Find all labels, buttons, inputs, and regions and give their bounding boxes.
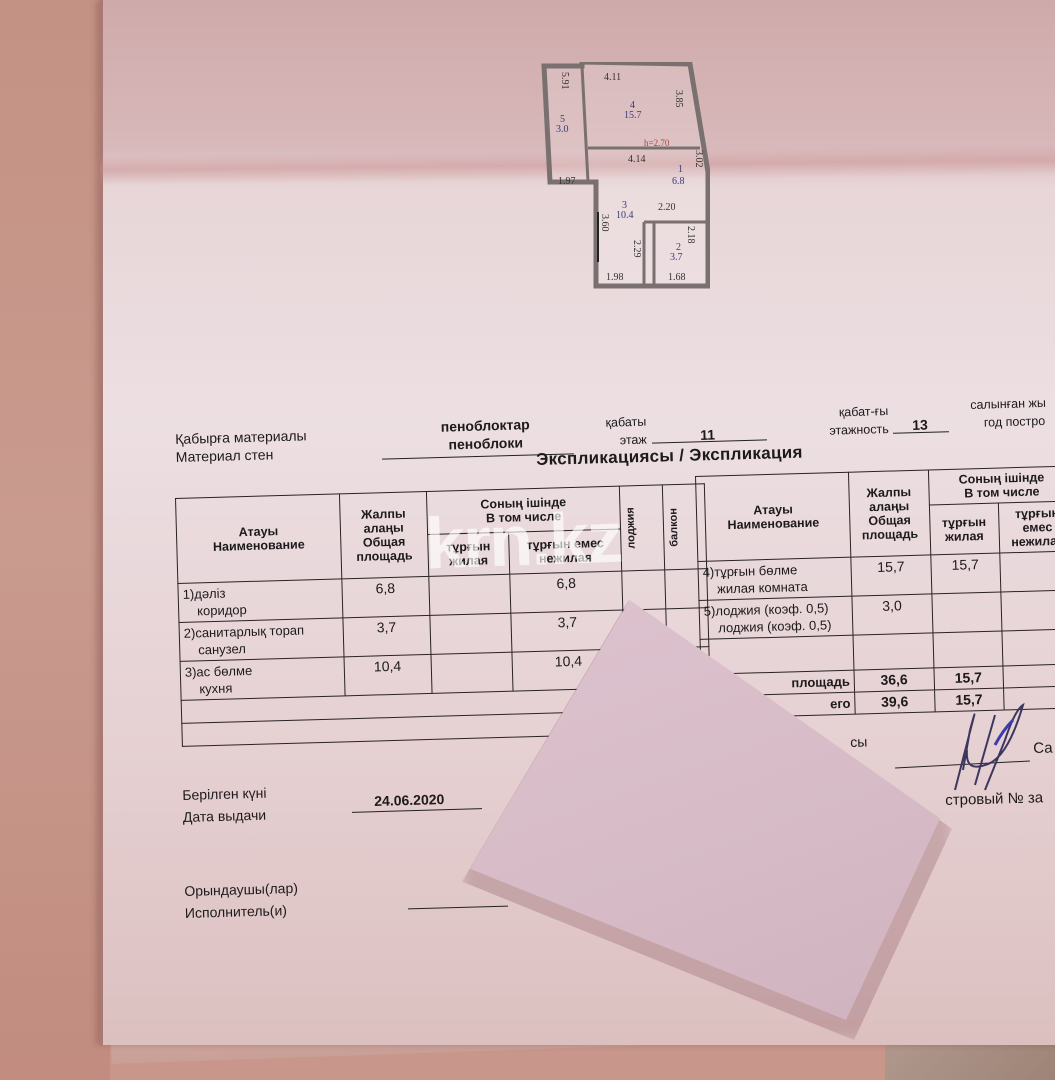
- plan-dim-corridor-width: 2.20: [658, 202, 676, 213]
- executor-label-ru: Исполнитель(и): [185, 899, 299, 924]
- plan-dim-kitchen-width: 1.98: [606, 272, 624, 283]
- empty-cell: [932, 631, 1002, 668]
- col-header-nonliving-kz: тұрғын емес: [1003, 505, 1055, 535]
- empty-cell: [853, 633, 933, 670]
- row-total: 6,8: [342, 576, 430, 617]
- col-header-balcony-text: балкон: [667, 508, 680, 547]
- plan-dim-top: 4.11: [604, 72, 621, 83]
- row-living: [931, 592, 1001, 633]
- row-total: 10,4: [344, 654, 432, 695]
- plan-ceiling-height: h=2.70: [644, 138, 669, 148]
- row-name-ru: кухня: [185, 676, 340, 697]
- row-living: 15,7: [930, 553, 1000, 594]
- col-header-living-kz: тұрғын: [934, 514, 995, 530]
- plan-dim-bath-width: 1.68: [668, 272, 686, 283]
- col-header-total: Жалпы алаңы Общая площадь: [339, 491, 428, 578]
- stamp-label-partial: Са: [1033, 739, 1053, 758]
- row-name-kz: 1)дәліз: [182, 586, 225, 602]
- wall-material-value-kz: пеноблоктар: [430, 415, 540, 436]
- row-nonliving: [999, 551, 1055, 592]
- plan-dim-mid: 4.14: [628, 154, 646, 165]
- row-name-ru: коридор: [183, 598, 338, 619]
- col-header-loggia-text: лоджия: [625, 507, 638, 549]
- plan-room-4-area: 15.7: [624, 110, 642, 121]
- row-name: 3)ас бөлмекухня: [180, 657, 345, 701]
- row-name-kz: 2)санитарлық торап: [184, 622, 305, 640]
- totals-nonliving: [1003, 664, 1055, 688]
- plan-room-5-area: 3.0: [556, 124, 569, 135]
- row-name: 1)дәлізкоридор: [178, 579, 343, 623]
- table-surface: [0, 0, 110, 1080]
- floor-plan: 4.11 3.85 5.91 4 15.7 5 3.0 h=2.70 4.14 …: [540, 62, 710, 290]
- signature-mark: [945, 700, 1025, 800]
- col-header-name: Атауы Наименование: [176, 494, 342, 584]
- row-living: [431, 652, 514, 693]
- plan-dim-loggia-width: 1.97: [558, 176, 576, 187]
- explication-table-right: Атауы Наименование Жалпы алаңы Общая пло…: [695, 465, 1055, 719]
- row-total: 3,0: [852, 594, 932, 635]
- col-header-name-ru: Наименование: [701, 515, 845, 533]
- watermark: krn.kz: [424, 497, 623, 586]
- row-name: 4)тұрғын бөлмежилая комната: [698, 557, 852, 600]
- plan-room-3-area: 10.4: [616, 210, 634, 221]
- floors-total-label-ru: этажность: [819, 420, 889, 440]
- col-header-nonliving-ru: нежилая: [1003, 533, 1055, 549]
- issue-date-label: Берілген күні Дата выдачи: [182, 782, 267, 828]
- col-header-total-ru2: площадь: [855, 527, 926, 543]
- totals-total: 39,6: [855, 690, 935, 714]
- row-name-kz: 4)тұрғын бөлме: [702, 562, 797, 580]
- totals-living: 15,7: [933, 666, 1003, 690]
- empty-cell: [1002, 629, 1055, 666]
- executor-label: Орындаушы(лар) Исполнитель(и): [184, 877, 299, 924]
- col-header-loggia: лоджия: [620, 485, 665, 571]
- signature-label-partial: сы: [850, 733, 868, 751]
- col-header-including-ru: В том числе: [933, 484, 1055, 502]
- col-header-living: тұрғын жилая: [929, 503, 1000, 555]
- col-header-name-ru: Наименование: [181, 537, 336, 555]
- issue-date-label-ru: Дата выдачи: [183, 804, 268, 828]
- row-name-ru: жилая комната: [703, 577, 848, 598]
- plan-dim-kitchen-height: 3.60: [599, 214, 610, 232]
- floors-total-label: қабат-ғы этажность: [818, 402, 889, 440]
- row-name: 5)лоджия (коэф. 0,5)лоджия (коэф. 0,5): [699, 596, 853, 639]
- wall-material-value: пеноблоктар пеноблоки: [430, 415, 541, 454]
- row-name-ru: санузел: [184, 637, 339, 658]
- plan-room-1-number: 1: [678, 164, 683, 175]
- col-header-name: Атауы Наименование: [696, 472, 851, 561]
- row-nonliving: [1001, 590, 1055, 631]
- col-header-nonliving: тұрғын емес нежилая: [998, 501, 1055, 553]
- plan-dim-bath-height: 2.18: [685, 226, 696, 244]
- plan-dim-right: 3.85: [673, 90, 684, 108]
- plan-room-2-area: 3.7: [670, 252, 683, 263]
- wall-material-label-kz: Қабырға материалы: [175, 426, 307, 448]
- plan-room-1-area: 6.8: [672, 176, 685, 187]
- issue-date-label-kz: Берілген күні: [182, 782, 267, 806]
- issue-date-value: 24.06.2020: [374, 790, 445, 810]
- executor-label-kz: Орындаушы(лар): [184, 877, 298, 902]
- floors-total-label-kz: қабат-ғы: [818, 402, 888, 422]
- plan-dim-loggia: 5.91: [559, 72, 570, 90]
- col-header-total-ru2: площадь: [345, 548, 423, 564]
- row-total: 3,7: [343, 615, 431, 656]
- wall-material-label: Қабырға материалы Материал стен: [175, 426, 307, 466]
- plan-dim-bath-wall: 2.29: [631, 240, 642, 258]
- row-name: 2)санитарлық торапсанузел: [179, 618, 344, 662]
- col-header-total: Жалпы алаңы Общая площадь: [849, 470, 931, 557]
- plan-dim-corridor: 3.02: [693, 150, 704, 168]
- totals-total: 36,6: [854, 668, 934, 692]
- floor-label-kz: қабаты: [596, 413, 646, 432]
- row-total: 15,7: [851, 555, 931, 596]
- col-header-including: Соның ішінде В том числе: [928, 466, 1055, 505]
- row-living: [429, 613, 512, 654]
- year-built-label: салынған жы год постро: [970, 394, 1047, 432]
- wall-material-label-ru: Материал стен: [176, 444, 308, 466]
- row-name-ru: лоджия (коэф. 0,5): [704, 616, 849, 637]
- year-built-label-ru: год постро: [971, 412, 1047, 432]
- row-name-kz: 3)ас бөлме: [185, 663, 253, 680]
- col-header-living-ru: жилая: [934, 528, 995, 544]
- wall-material-value-ru: пеноблоки: [431, 433, 541, 454]
- year-built-label-kz: салынған жы: [970, 394, 1046, 414]
- floor-label: қабаты этаж: [596, 413, 647, 450]
